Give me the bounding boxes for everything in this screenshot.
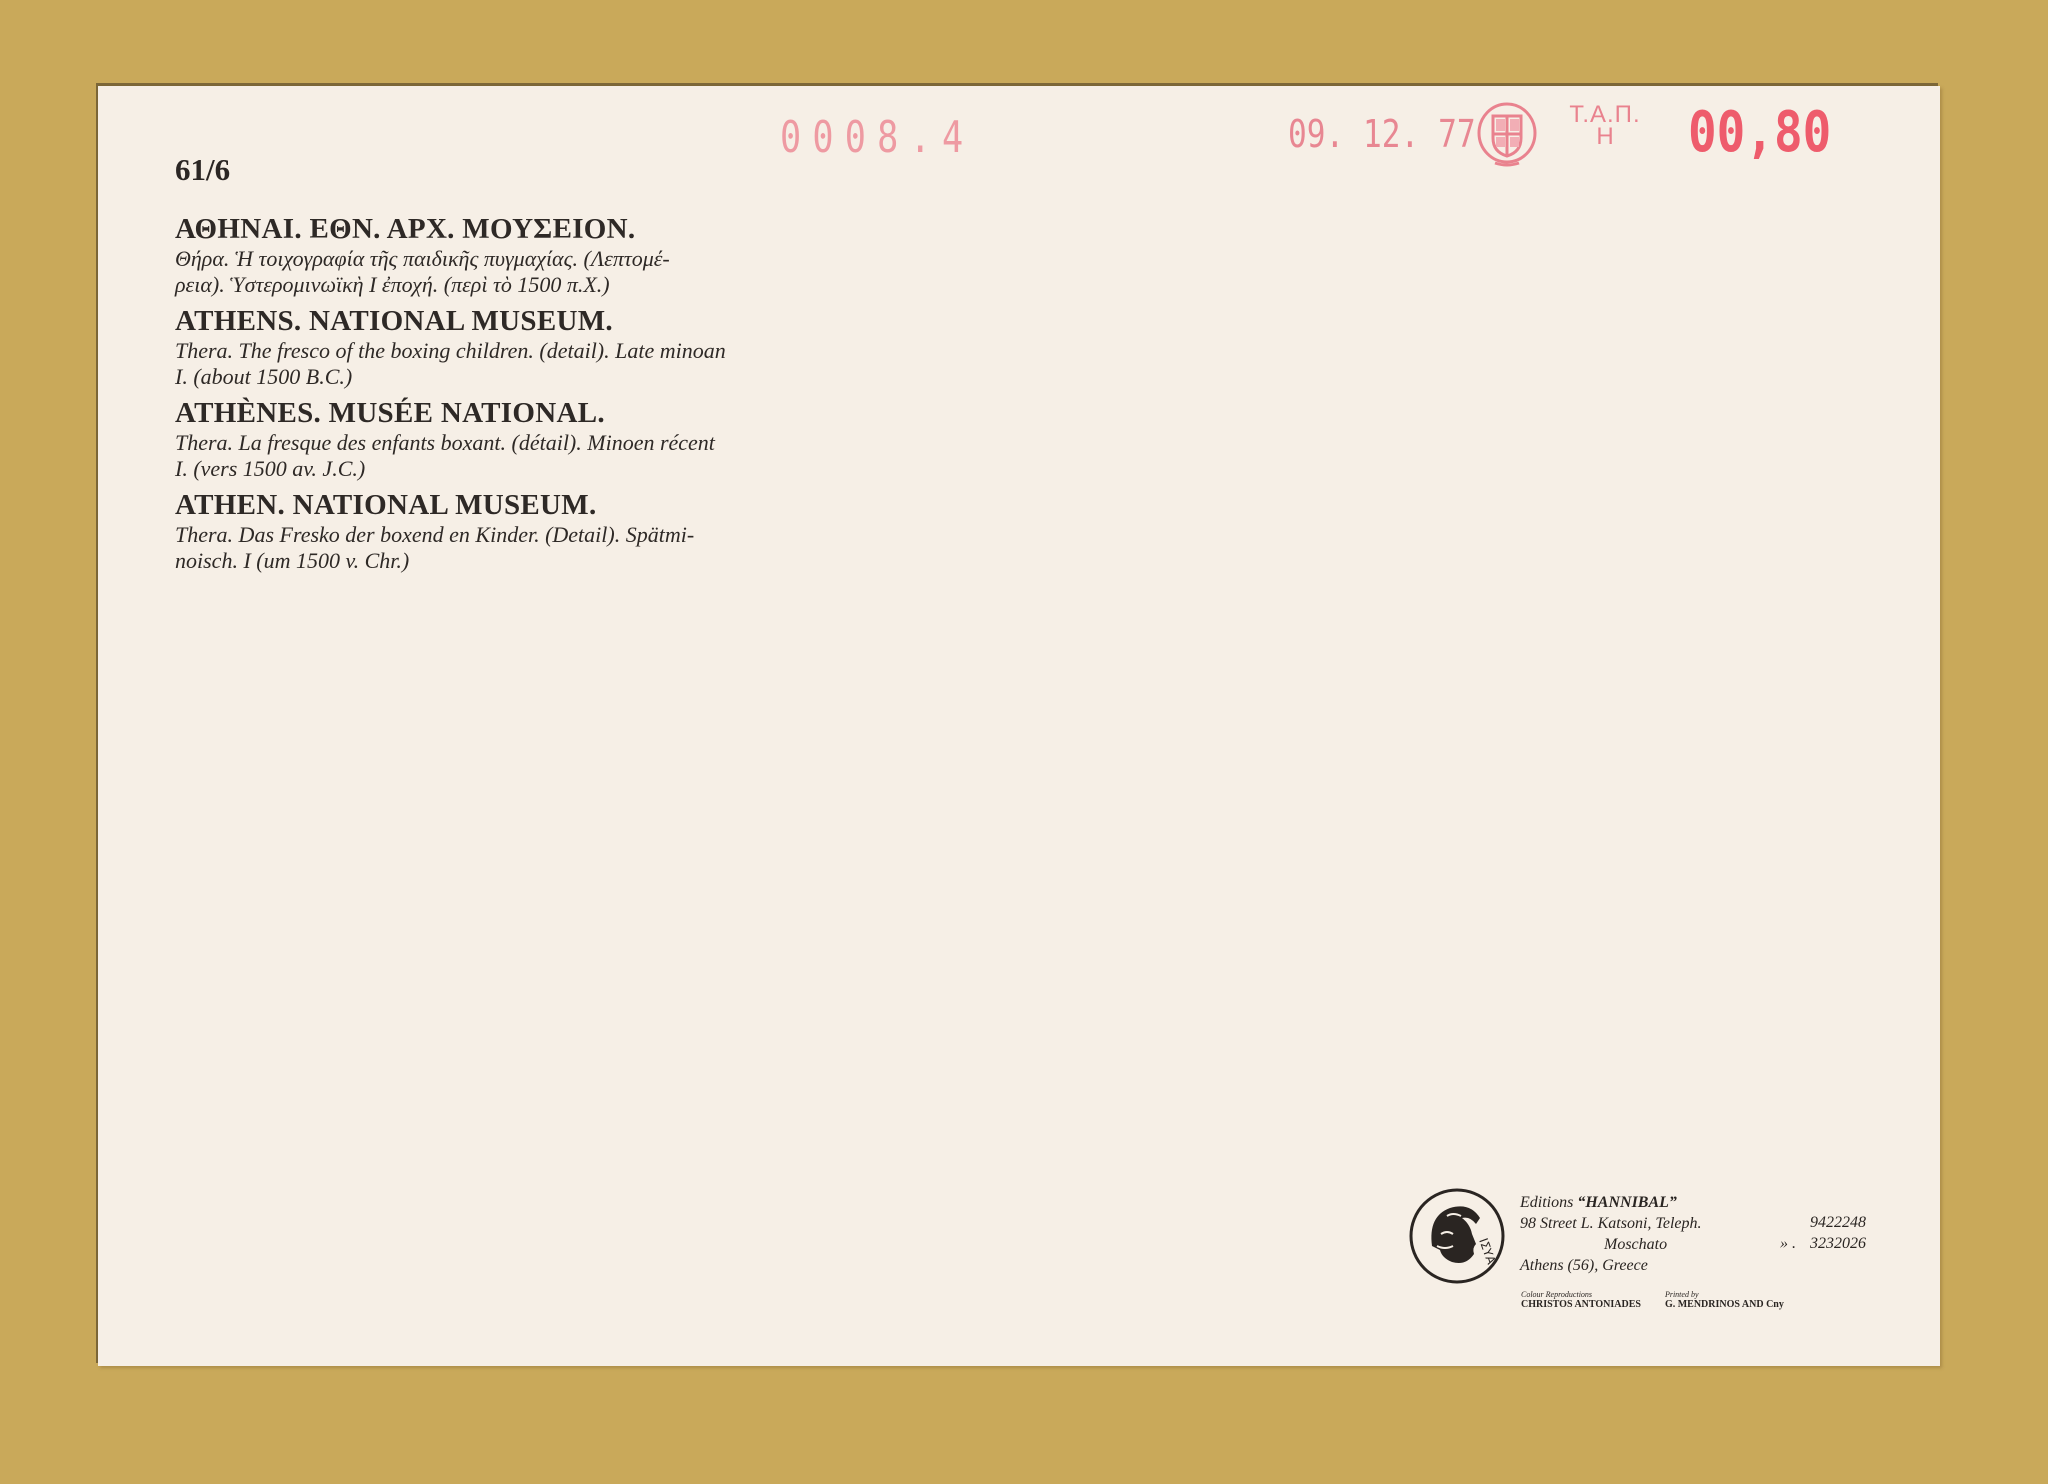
caption-text: Thera. La fresque des enfants boxant. (d…	[175, 430, 905, 456]
publisher-city: Athens (56), Greece	[1520, 1255, 1702, 1276]
publisher-address: 98 Street L. Katsoni, Teleph.	[1520, 1213, 1702, 1234]
publisher-imprint: Editions “HANNIBAL” 98 Street L. Katsoni…	[1520, 1192, 1702, 1276]
caption-heading: ATHENS. NATIONAL MUSEUM.	[175, 304, 905, 338]
caption-text: Thera. The fresco of the boxing children…	[175, 338, 905, 364]
print-credits: Colour Reproductions CHRISTOS ANTONIADES…	[1521, 1290, 1784, 1310]
colour-by: CHRISTOS ANTONIADES	[1521, 1299, 1641, 1310]
printer-credit: Printed by G. MENDRINOS AND Cny	[1665, 1290, 1784, 1310]
caption-text: noisch. I (um 1500 v. Chr.)	[175, 548, 905, 574]
colour-credit: Colour Reproductions CHRISTOS ANTONIADES	[1521, 1290, 1641, 1310]
caption-french: ATHÈNES. MUSÉE NATIONAL. Thera. La fresq…	[175, 396, 905, 482]
publisher-district: Moschato	[1520, 1234, 1702, 1255]
card-code: 61/6	[175, 152, 230, 188]
printed-by: G. MENDRINOS AND Cny	[1665, 1299, 1784, 1310]
phone-1: 9422248	[1780, 1212, 1866, 1233]
office-code-bottom: H	[1560, 126, 1650, 148]
caption-list: ΑΘΗΝΑΙ. ΕΘΝ. ΑΡΧ. ΜΟΥΣΕΙΟΝ. Θήρα. Ἡ τοιχ…	[175, 212, 905, 580]
svg-text:ΙΣΥΑ: ΙΣΥΑ	[1476, 1236, 1499, 1267]
phone-2: 3232026	[1810, 1235, 1866, 1252]
caption-text: Thera. Das Fresko der boxend en Kinder. …	[175, 522, 905, 548]
franking-date: 09. 12. 77	[1288, 112, 1476, 156]
phone-numbers: 9422248 » .3232026	[1780, 1212, 1866, 1254]
caption-text: ρεια). Ὑστερομινωϊκὴ Ι ἐποχή. (περὶ τὸ 1…	[175, 272, 905, 298]
caption-english: ATHENS. NATIONAL MUSEUM. Thera. The fres…	[175, 304, 905, 390]
caption-heading: ATHÈNES. MUSÉE NATIONAL.	[175, 396, 905, 430]
caption-german: ATHEN. NATIONAL MUSEUM. Thera. Das Fresk…	[175, 488, 905, 574]
caption-greek: ΑΘΗΝΑΙ. ΕΘΝ. ΑΡΧ. ΜΟΥΣΕΙΟΝ. Θήρα. Ἡ τοιχ…	[175, 212, 905, 298]
caption-text: I. (vers 1500 av. J.C.)	[175, 456, 905, 482]
warrior-helmet-coin-icon: ΙΣΥΑ	[1407, 1186, 1507, 1286]
caption-text: Θήρα. Ἡ τοιχογραφία τῆς παιδικῆς πυγμαχί…	[175, 246, 905, 272]
publisher-name: “HANNIBAL”	[1577, 1194, 1677, 1211]
postage-value: 00,80	[1688, 100, 1831, 165]
caption-heading: ΑΘΗΝΑΙ. ΕΘΝ. ΑΡΧ. ΜΟΥΣΕΙΟΝ.	[175, 212, 905, 246]
printed-label: Printed by	[1665, 1290, 1784, 1299]
caption-text: I. (about 1500 B.C.)	[175, 364, 905, 390]
caption-heading: ATHEN. NATIONAL MUSEUM.	[175, 488, 905, 522]
meter-number: 0008.4	[780, 112, 974, 163]
editions-label: Editions	[1520, 1194, 1577, 1211]
coat-of-arms-icon	[1475, 100, 1539, 168]
ditto-mark: » .	[1780, 1235, 1796, 1252]
post-office-code: T.A.Π. H	[1560, 104, 1650, 148]
colour-label: Colour Reproductions	[1521, 1290, 1641, 1299]
